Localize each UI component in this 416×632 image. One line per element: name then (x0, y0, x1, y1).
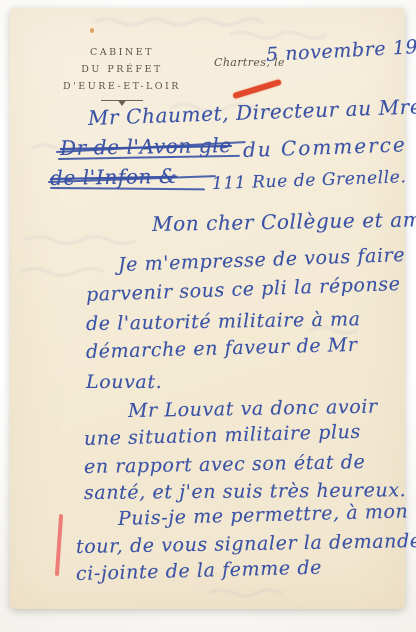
body-line: parvenir sous ce pli la réponse (86, 273, 401, 306)
paper-stain (90, 28, 94, 33)
body-line: ci-jointe de la femme de (76, 557, 322, 585)
body-line: santé, et j'en suis très heureux. (84, 479, 406, 504)
body-line: en rapport avec son état de (84, 451, 366, 478)
handwritten-date: 5 novembre 1939 (265, 35, 416, 66)
red-margin-line-mark (55, 514, 63, 576)
body-line: Je m'empresse de vous faire (118, 244, 406, 276)
recipient-line-2: du Commerce (243, 132, 407, 162)
salutation: Mon cher Collègue et ami, (152, 207, 416, 236)
body-line: Mr Louvat va donc avoir (128, 396, 378, 422)
body-line: démarche en faveur de Mr (86, 334, 358, 363)
body-line: Louvat. (86, 371, 162, 393)
strike-stroke (50, 187, 205, 191)
body-line: tour, de vous signaler la demande (76, 530, 416, 558)
letterhead-line-2: DU PRÉFET (48, 61, 196, 78)
body-line: Puis-je me permettre, à mon (118, 500, 409, 530)
body-line: de l'autorité militaire à ma (86, 308, 361, 335)
recipient-address-line: 111 Rue de Grenelle. (212, 167, 407, 194)
red-crayon-underline-mark (232, 79, 281, 99)
letterhead-line-3: D'EURE-ET-LOIR (48, 78, 196, 95)
letter-page: CABINET DU PRÉFET D'EURE-ET-LOIR Chartre… (10, 8, 405, 609)
body-line: une situation militaire plus (84, 421, 361, 450)
letterhead-line-1: CABINET (48, 44, 196, 61)
letterhead: CABINET DU PRÉFET D'EURE-ET-LOIR (48, 44, 196, 107)
